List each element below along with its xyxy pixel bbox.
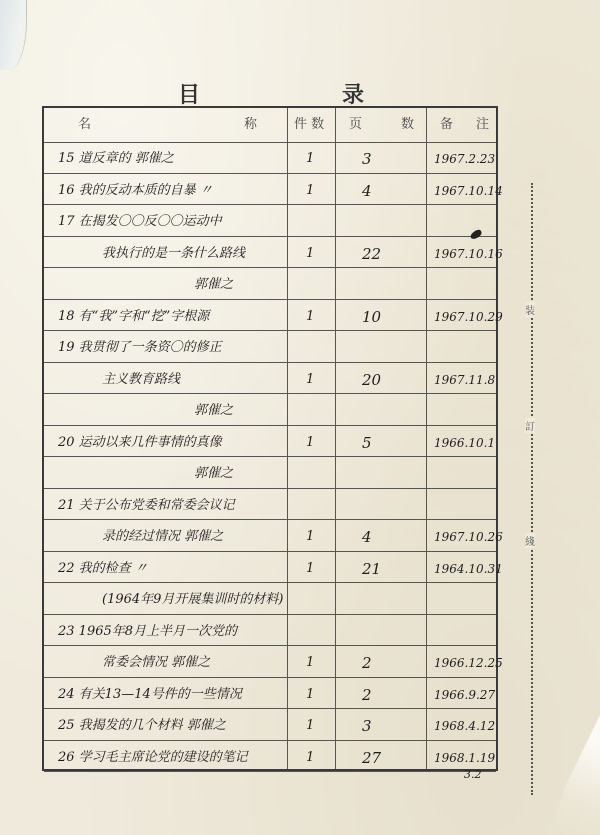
entry-pages: 3 [362, 716, 372, 736]
entry-count: 1 [306, 716, 314, 736]
table-row: 郭催之 [44, 394, 496, 426]
table-row: 23 1965年8月上半月一次党的 [44, 615, 496, 647]
entry-title: 我执行的是一条什么路线 [102, 244, 245, 264]
table-row: 郭催之 [44, 457, 496, 489]
contents-table: 名 称 件 数 页 数 备 注 15 道反章的 郭催之131967.2.2316… [42, 106, 498, 771]
entry-count: 1 [306, 181, 314, 201]
entry-count: 1 [306, 370, 314, 390]
table-row: 主义教育路线1201967.11.8 [44, 363, 496, 395]
entry-title: 18 有“我”字和“挖”字根源 [58, 307, 209, 327]
header-notes-left: 备 [440, 108, 453, 142]
entry-pages: 2 [362, 653, 372, 673]
entry-date: 1967.10.29 [434, 307, 503, 327]
entry-title: 郭催之 [194, 401, 233, 421]
entry-title: 17 在揭发〇〇反〇〇运动中 [58, 212, 222, 232]
binding-char-1: 装 [525, 302, 535, 317]
entry-count: 1 [306, 149, 314, 169]
entry-title: 19 我贯彻了一条资〇的修正 [58, 338, 222, 358]
entry-title: 郭催之 [194, 464, 233, 484]
entry-date: 1967.10.26 [434, 527, 503, 547]
entry-title: 23 1965年8月上半月一次党的 [58, 622, 237, 642]
entry-pages: 5 [362, 433, 372, 453]
header-pages-right: 数 [401, 108, 414, 142]
entry-pages: 10 [362, 307, 381, 327]
header-name-right: 称 [244, 108, 257, 142]
table-row: 26 学习毛主席论党的建设的笔记1271968.1.193.2 [44, 741, 496, 773]
table-row: 22 我的检查 〃1211964.10.31 [44, 552, 496, 584]
entry-date: 1967.10.14 [434, 181, 503, 201]
entry-pages: 20 [362, 370, 381, 390]
entry-pages: 22 [362, 244, 381, 264]
paper-fold-bottom-right [550, 715, 600, 835]
entry-count: 1 [306, 244, 314, 264]
entry-title: 20 运动以来几件事情的真像 [58, 433, 222, 453]
entry-count: 1 [306, 559, 314, 579]
page-title-part2: 录 [342, 78, 364, 109]
entry-count: 1 [306, 433, 314, 453]
entry-title: 26 学习毛主席论党的建设的笔记 [58, 748, 248, 768]
entry-date-extra: 3.2 [464, 765, 482, 785]
header-count: 件 数 [294, 108, 324, 142]
entry-pages: 21 [362, 559, 381, 579]
entry-date: 1966.9.27 [434, 685, 495, 705]
entry-title: (1964年9月开展集训时的材料) [102, 590, 284, 610]
table-row: 我执行的是一条什么路线1221967.10.16 [44, 237, 496, 269]
entry-count: 1 [306, 307, 314, 327]
entry-title: 21 关于公布党委和常委会议记 [58, 496, 235, 516]
entry-count: 1 [306, 685, 314, 705]
entry-title: 15 道反章的 郭催之 [58, 149, 174, 169]
entry-title: 25 我揭发的几个材料 郭催之 [58, 716, 226, 736]
binding-char-2: 訂 [525, 418, 535, 433]
table-row: 郭催之 [44, 268, 496, 300]
entry-pages: 27 [362, 748, 381, 768]
table-row: 20 运动以来几件事情的真像151966.10.1 [44, 426, 496, 458]
entry-date: 1967.2.23 [434, 149, 495, 169]
entry-title: 常委会情况 郭催之 [102, 653, 210, 673]
table-row: 常委会情况 郭催之121966.12.25 [44, 646, 496, 678]
binding-line [531, 183, 533, 795]
table-row: 18 有“我”字和“挖”字根源1101967.10.29 [44, 300, 496, 332]
entry-title: 郭催之 [194, 275, 233, 295]
entry-title: 22 我的检查 〃 [58, 559, 148, 579]
paper-fold-top-left [0, 0, 27, 70]
entry-date: 1966.10.1 [434, 433, 495, 453]
entry-pages: 4 [362, 527, 372, 547]
entry-count: 1 [306, 653, 314, 673]
entry-pages: 3 [362, 149, 372, 169]
entry-count: 1 [306, 527, 314, 547]
header-notes-right: 注 [476, 108, 489, 142]
table-row: (1964年9月开展集训时的材料) [44, 583, 496, 615]
table-row: 17 在揭发〇〇反〇〇运动中 [44, 205, 496, 237]
table-row: 录的经过情况 郭催之141967.10.26 [44, 520, 496, 552]
entry-date: 1967.11.8 [434, 370, 495, 390]
entry-date: 1966.12.25 [434, 653, 503, 673]
entry-title: 录的经过情况 郭催之 [102, 527, 223, 547]
table-row: 25 我揭发的几个材料 郭催之131968.4.12 [44, 709, 496, 741]
page-title-part1: 目 [178, 78, 200, 109]
table-row: 24 有关13—14号件的一些情况121966.9.27 [44, 678, 496, 710]
header-name-left: 名 [78, 108, 91, 142]
entry-date: 1964.10.31 [434, 559, 503, 579]
entry-date: 1968.4.12 [434, 716, 495, 736]
entry-date: 1967.10.16 [434, 244, 503, 264]
entry-title: 24 有关13—14号件的一些情况 [58, 685, 242, 705]
table-row: 16 我的反动本质的自暴 〃141967.10.14 [44, 174, 496, 206]
entry-pages: 2 [362, 685, 372, 705]
header-pages-left: 页 [349, 108, 362, 142]
table-row: 15 道反章的 郭催之131967.2.23 [44, 142, 496, 174]
entry-title: 主义教育路线 [102, 370, 180, 390]
entry-pages: 4 [362, 181, 372, 201]
binding-char-3: 綫 [525, 533, 535, 548]
entry-count: 1 [306, 748, 314, 768]
entry-title: 16 我的反动本质的自暴 〃 [58, 181, 213, 201]
table-row: 21 关于公布党委和常委会议记 [44, 489, 496, 521]
table-row: 19 我贯彻了一条资〇的修正 [44, 331, 496, 363]
row-rule [44, 771, 496, 772]
